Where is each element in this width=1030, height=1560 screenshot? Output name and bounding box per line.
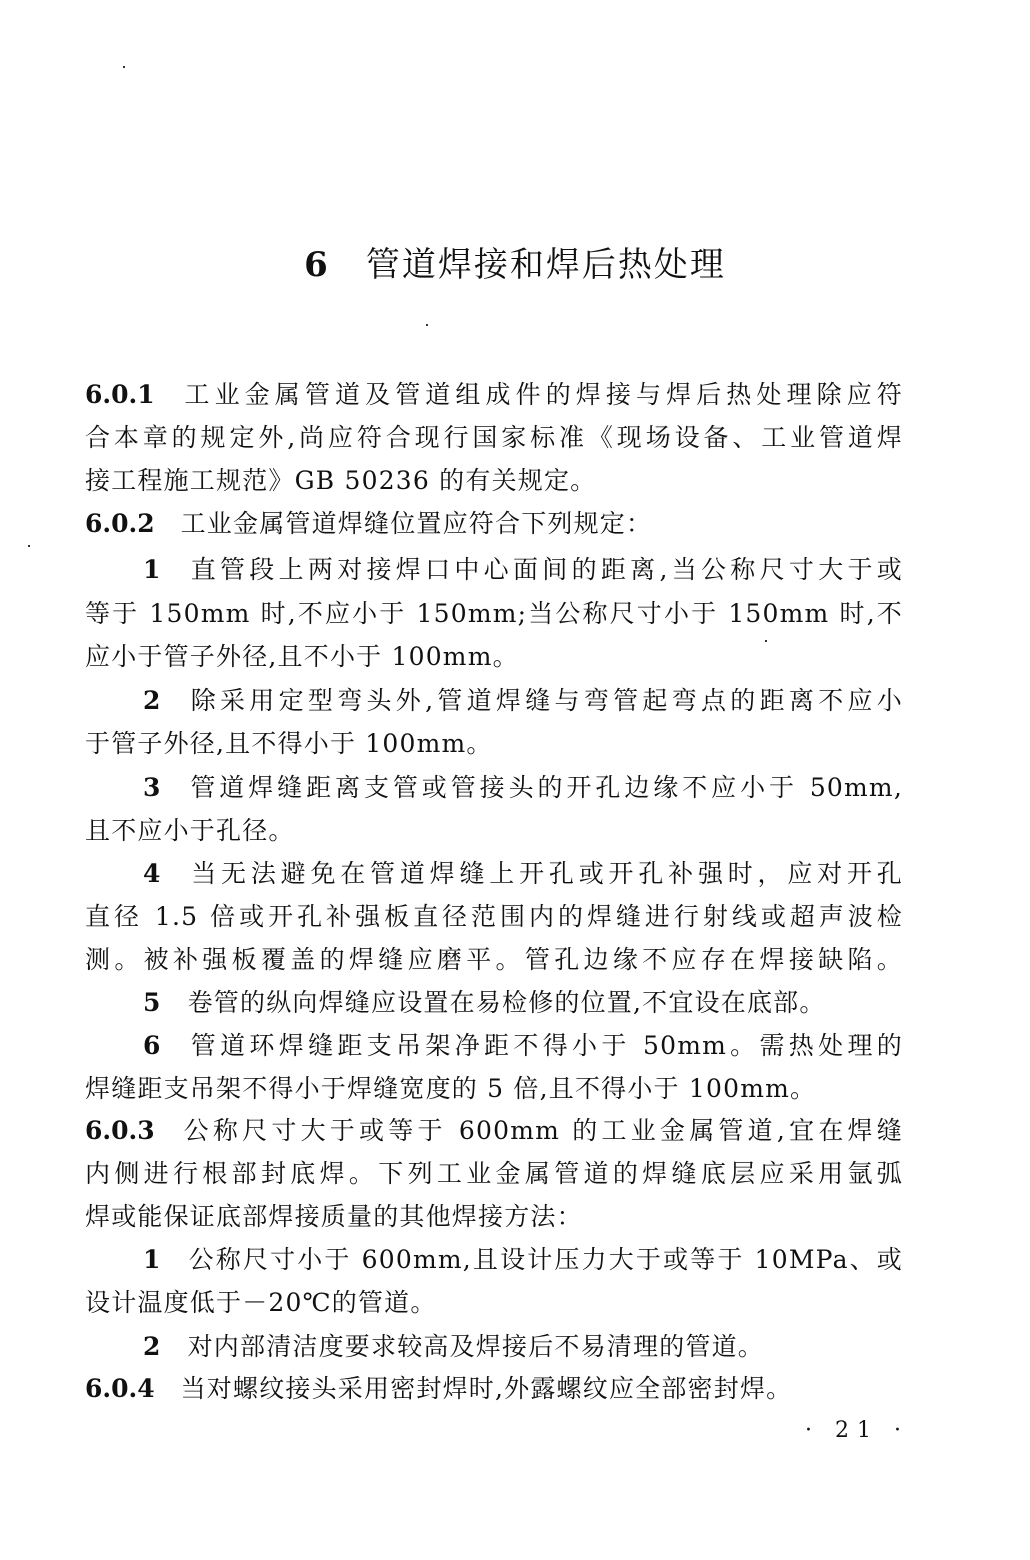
chapter-title: 管道焊接和焊后热处理 [366,245,726,285]
list-item-line: 2对内部清洁度要求较高及焊接后不易清理的管道。 [85,1330,903,1364]
clause-number: 6.0.2 [85,509,155,538]
scan-speck [28,545,30,547]
clause-number: 6.0.1 [85,380,155,409]
clause-text: 工业金属管道焊缝位置应符合下列规定： [181,509,653,538]
clause-number: 6.0.3 [85,1116,155,1145]
item-text: 当无法避免在管道焊缝上开孔或开孔补强时，应对开孔 [188,859,903,888]
list-item-line: 1直管段上两对接焊口中心面间的距离,当公称尺寸大于或 [85,553,903,587]
clause-6-0-1-line: 合本章的规定外,尚应符合现行国家标准《现场设备、工业管道焊 [85,421,903,455]
page-number: · 21 · [805,1418,909,1443]
list-item-line: 1公称尺寸小于 600mm,且设计压力大于或等于 10MPa、或 [85,1243,903,1277]
item-text: 测。被补强板覆盖的焊缝应磨平。管孔边缘不应存在焊接缺陷。 [85,945,903,974]
list-item-line: 直径 1.5 倍或开孔补强板直径范围内的焊缝进行射线或超声波检 [85,900,903,934]
clause-text: 内侧进行根部封底焊。下列工业金属管道的焊缝底层应采用氩弧 [85,1159,903,1188]
list-item-line: 焊缝距支吊架不得小于焊缝宽度的 5 倍,且不得小于 100mm。 [85,1072,903,1106]
clause-text: 当对螺纹接头采用密封焊时,外露螺纹应全部密封焊。 [181,1374,793,1403]
clause-number: 6.0.4 [85,1374,155,1403]
item-number: 1 [143,555,162,584]
list-item-line: 2除采用定型弯头外,管道焊缝与弯管起弯点的距离不应小 [85,684,903,718]
clause-6-0-2-line: 6.0.2工业金属管道焊缝位置应符合下列规定： [85,507,903,541]
item-text: 焊缝距支吊架不得小于焊缝宽度的 5 倍,且不得小于 100mm。 [85,1074,816,1103]
document-page: 6管道焊接和焊后热处理 6.0.1工业金属管道及管道组成件的焊接与焊后热处理除应… [0,0,1030,1560]
item-text: 公称尺寸小于 600mm,且设计压力大于或等于 10MPa、或 [188,1245,903,1274]
item-text: 管道环焊缝距支吊架净距不得小于 50mm。需热处理的 [188,1031,903,1060]
list-item-line: 6管道环焊缝距支吊架净距不得小于 50mm。需热处理的 [85,1029,903,1063]
item-text: 且不应小于孔径。 [85,816,295,845]
clause-text: 焊或能保证底部焊接质量的其他焊接方法： [85,1202,583,1231]
scan-speck [123,66,125,68]
list-item-line: 且不应小于孔径。 [85,814,903,848]
clause-6-0-3-line: 6.0.3公称尺寸大于或等于 600mm 的工业金属管道,宜在焊缝 [85,1114,903,1148]
item-text: 应小于管子外径,且不小于 100mm。 [85,642,519,671]
scan-speck [426,324,428,326]
item-number: 6 [143,1031,162,1060]
item-text: 直管段上两对接焊口中心面间的距离,当公称尺寸大于或 [188,555,903,584]
item-text: 设计温度低于－20℃的管道。 [85,1288,437,1317]
clause-text: 合本章的规定外,尚应符合现行国家标准《现场设备、工业管道焊 [85,423,903,452]
item-text: 对内部清洁度要求较高及焊接后不易清理的管道。 [188,1332,764,1361]
item-number: 1 [143,1245,162,1274]
clause-6-0-1-line: 6.0.1工业金属管道及管道组成件的焊接与焊后热处理除应符 [85,378,903,412]
item-text: 除采用定型弯头外,管道焊缝与弯管起弯点的距离不应小 [188,686,903,715]
clause-6-0-3-line: 内侧进行根部封底焊。下列工业金属管道的焊缝底层应采用氩弧 [85,1157,903,1191]
list-item-line: 于管子外径,且不得小于 100mm。 [85,727,903,761]
clause-6-0-3-line: 焊或能保证底部焊接质量的其他焊接方法： [85,1200,903,1234]
list-item-line: 应小于管子外径,且不小于 100mm。 [85,640,903,674]
clause-text: 接工程施工规范》GB 50236 的有关规定。 [85,466,596,495]
item-number: 5 [143,988,162,1017]
item-text: 等于 150mm 时,不应小于 150mm;当公称尺寸小于 150mm 时,不 [85,599,903,628]
item-number: 3 [143,773,162,802]
list-item-line: 测。被补强板覆盖的焊缝应磨平。管孔边缘不应存在焊接缺陷。 [85,943,903,977]
item-text: 卷管的纵向焊缝应设置在易检修的位置,不宜设在底部。 [188,988,826,1017]
item-text: 于管子外径,且不得小于 100mm。 [85,729,493,758]
chapter-heading: 6管道焊接和焊后热处理 [0,240,1030,290]
chapter-number: 6 [304,245,330,285]
list-item-line: 5卷管的纵向焊缝应设置在易检修的位置,不宜设在底部。 [85,986,903,1020]
clause-text: 公称尺寸大于或等于 600mm 的工业金属管道,宜在焊缝 [181,1116,903,1145]
clause-6-0-4-line: 6.0.4当对螺纹接头采用密封焊时,外露螺纹应全部密封焊。 [85,1372,903,1406]
item-number: 2 [143,1332,162,1361]
item-number: 2 [143,686,162,715]
list-item-line: 4当无法避免在管道焊缝上开孔或开孔补强时，应对开孔 [85,857,903,891]
clause-text: 工业金属管道及管道组成件的焊接与焊后热处理除应符 [181,380,903,409]
clause-6-0-1-line: 接工程施工规范》GB 50236 的有关规定。 [85,464,903,498]
item-number: 4 [143,859,162,888]
list-item-line: 设计温度低于－20℃的管道。 [85,1286,903,1320]
item-text: 直径 1.5 倍或开孔补强板直径范围内的焊缝进行射线或超声波检 [85,902,903,931]
item-text: 管道焊缝距离支管或管接头的开孔边缘不应小于 50mm, [188,773,903,802]
list-item-line: 3管道焊缝距离支管或管接头的开孔边缘不应小于 50mm, [85,771,903,805]
list-item-line: 等于 150mm 时,不应小于 150mm;当公称尺寸小于 150mm 时,不 [85,597,903,631]
